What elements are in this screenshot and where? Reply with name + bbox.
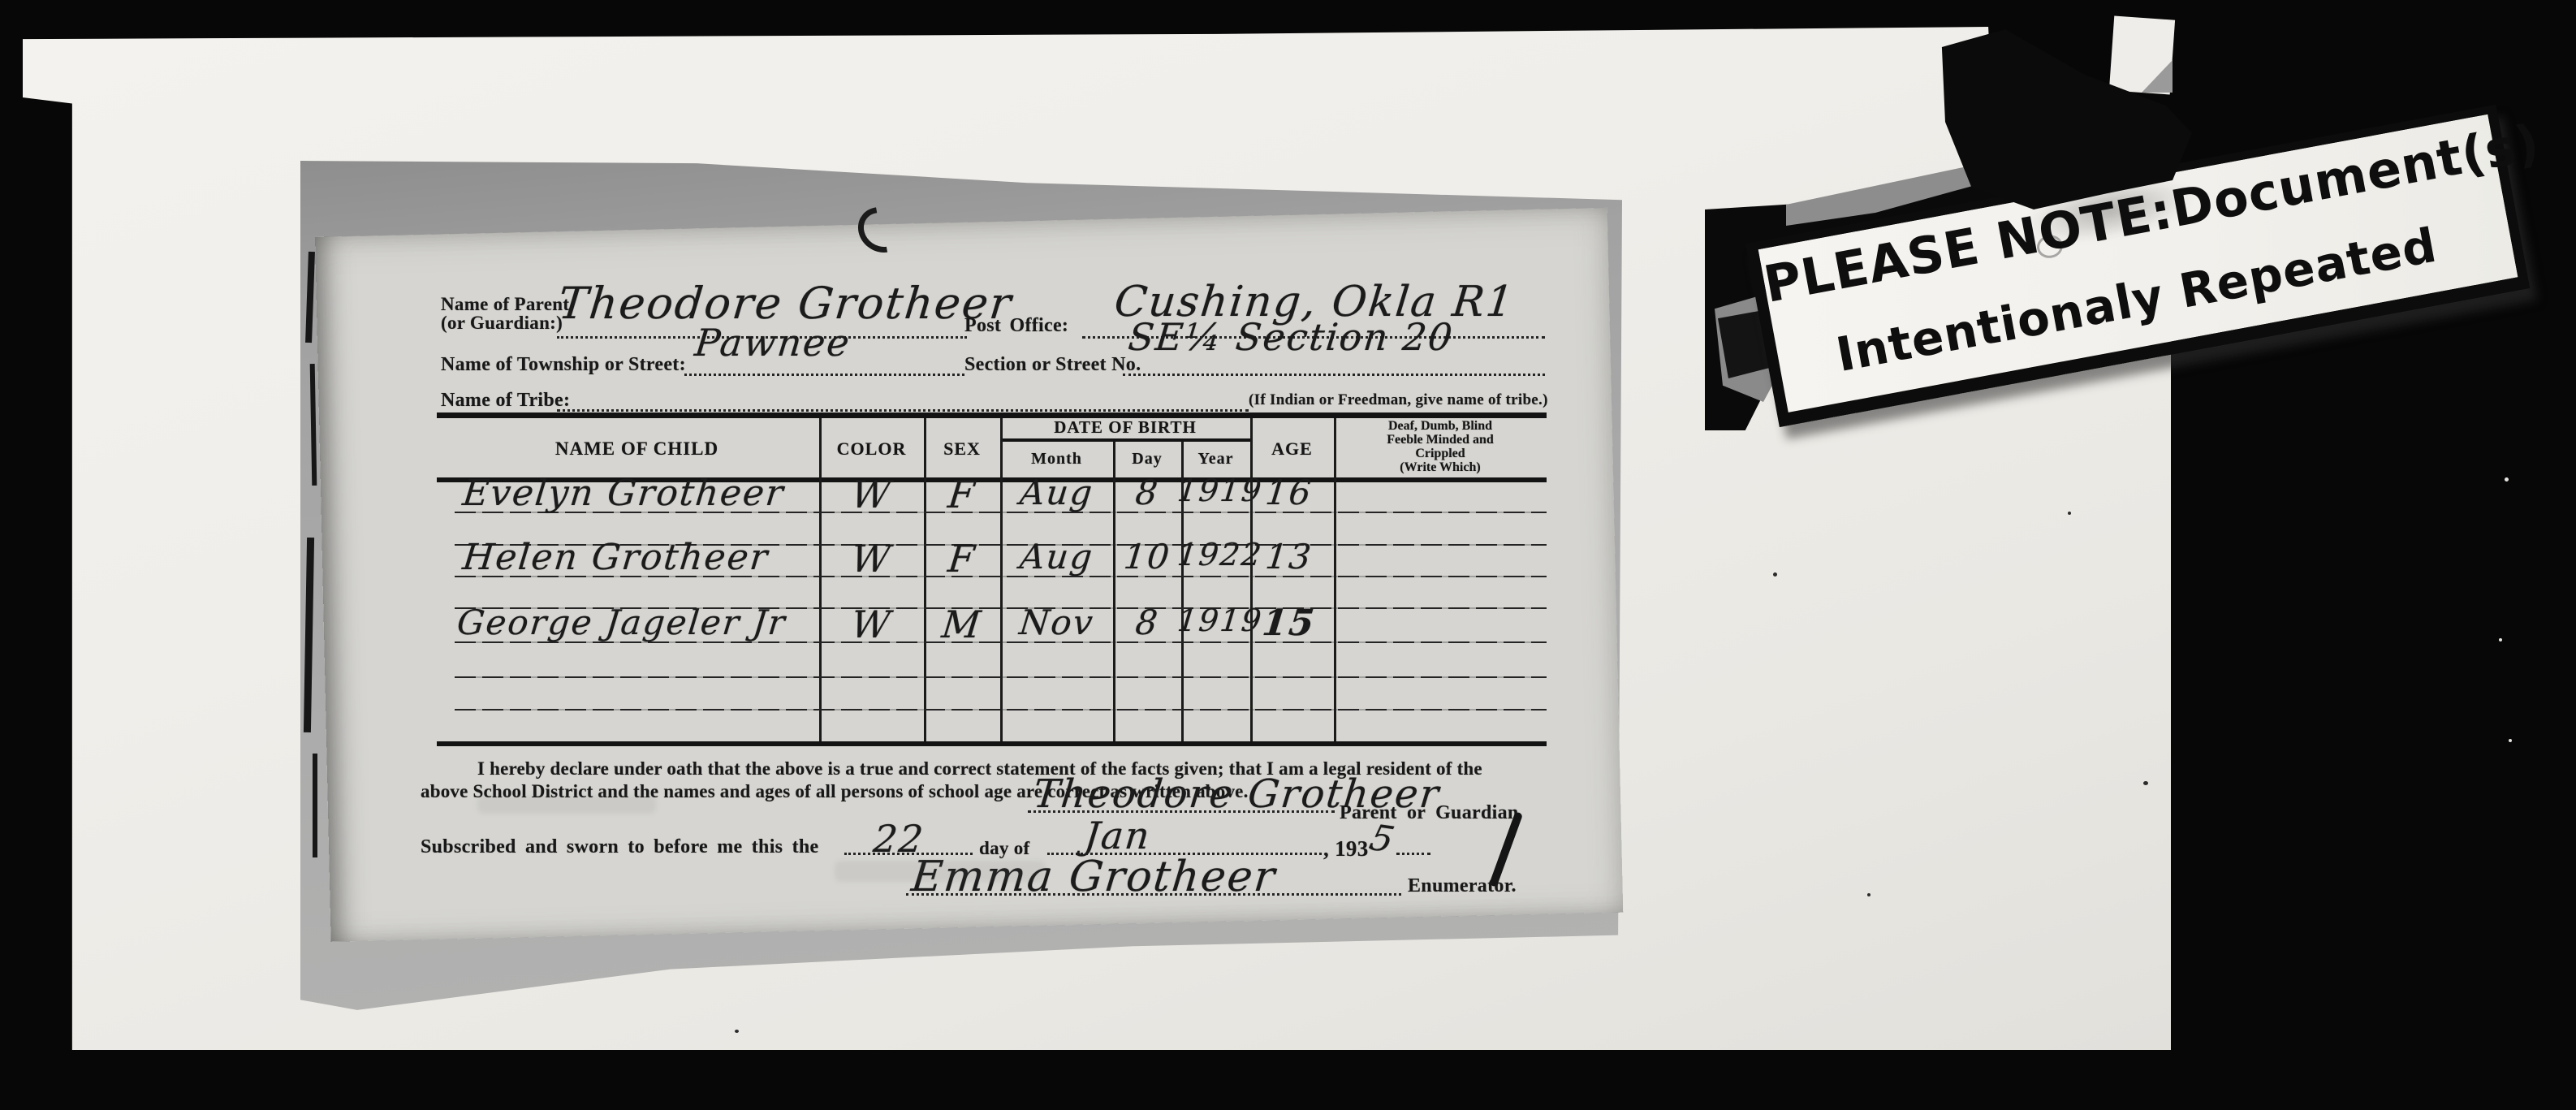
dotted-line	[1396, 853, 1430, 855]
child-color: W	[817, 603, 926, 646]
table-row: Evelyn Grotheer W F Aug 8 1919 16	[315, 473, 1607, 516]
header-disability-line: Feeble Minded and	[1334, 433, 1547, 447]
child-sex: F	[921, 537, 1003, 581]
dotted-line	[684, 374, 964, 376]
dob-divider-rule	[1000, 438, 1250, 442]
child-age: 13	[1248, 537, 1330, 581]
birth-day: 8	[1111, 473, 1184, 516]
child-color: W	[817, 473, 926, 516]
child-name: Evelyn Grotheer	[460, 473, 822, 516]
dust-speck	[735, 1030, 739, 1033]
table-row-line	[455, 709, 1547, 710]
dotted-line	[1123, 374, 1545, 376]
dotted-line	[906, 893, 1401, 896]
microfilm-scan-background: Name of Parent (or Guardian:) Theodore G…	[0, 0, 2576, 1110]
header-sex: SEX	[924, 438, 1000, 460]
township-label: Name of Township or Street:	[441, 354, 686, 376]
section-value: SE¼ Section 20	[1126, 315, 1456, 359]
child-sex: M	[921, 603, 1003, 646]
ink-bleed-ghost	[477, 796, 656, 814]
child-sex: F	[921, 473, 1003, 516]
parent-role-label: Parent or Guardian	[1340, 802, 1519, 824]
header-day: Day	[1113, 450, 1181, 469]
table-top-rule	[437, 412, 1547, 418]
table-row-line	[455, 676, 1547, 678]
header-color: COLOR	[819, 438, 924, 460]
township-value: Pawnee	[693, 321, 852, 365]
dust-speck	[2499, 638, 2502, 641]
sworn-month-value: Jan	[1082, 814, 1153, 857]
tribe-label: Name of Tribe:	[441, 390, 570, 412]
ink-bleed-ghost	[835, 861, 1046, 882]
tribe-hint: (If Indian or Freedman, give name of tri…	[1249, 391, 1548, 409]
header-disability: Deaf, Dumb, Blind Feeble Minded and Crip…	[1334, 419, 1547, 474]
post-office-label: Post Office:	[964, 315, 1068, 337]
header-name-of-child: NAME OF CHILD	[455, 438, 819, 460]
birth-month: Nov	[998, 603, 1115, 646]
header-disability-line: Deaf, Dumb, Blind	[1334, 419, 1547, 433]
enumerator-role-label: Enumerator.	[1408, 875, 1517, 897]
torn-left-edge	[313, 754, 317, 857]
dust-speck	[2068, 512, 2071, 515]
birth-month: Aug	[998, 537, 1115, 581]
child-age: 16	[1248, 473, 1330, 516]
child-name: George Jageler Jr	[455, 603, 825, 646]
child-color: W	[817, 537, 926, 581]
table-bottom-rule	[437, 741, 1547, 746]
dotted-line	[1028, 810, 1335, 813]
birth-month: Aug	[998, 473, 1115, 516]
census-form: Name of Parent (or Guardian:) Theodore G…	[315, 235, 1607, 944]
birth-year: 1922	[1175, 537, 1257, 581]
birth-year: 1919	[1175, 473, 1257, 516]
dust-speck	[2505, 477, 2509, 482]
birth-day: 10	[1111, 537, 1184, 581]
child-name: Helen Grotheer	[460, 537, 822, 581]
parent-label-line2: (or Guardian:)	[441, 313, 563, 334]
year-printed: , 193	[1323, 836, 1369, 862]
dust-speck	[2143, 781, 2148, 785]
table-row: Helen Grotheer W F Aug 10 1922 13	[315, 537, 1607, 581]
header-month: Month	[1000, 450, 1113, 469]
dotted-line	[557, 409, 1249, 412]
table-row: George Jageler Jr W M Nov 8 1919 15	[315, 603, 1607, 646]
header-date-of-birth: DATE OF BIRTH	[1000, 417, 1250, 438]
dust-speck	[1773, 572, 1777, 577]
birth-day: 8	[1111, 603, 1184, 646]
sworn-statement-label: Subscribed and sworn to before me this t…	[421, 836, 819, 858]
dust-speck	[2509, 739, 2512, 742]
dust-speck	[1867, 893, 1871, 896]
header-year: Year	[1181, 450, 1250, 469]
birth-year: 1919	[1175, 603, 1257, 646]
section-label: Section or Street No.	[964, 354, 1141, 376]
child-age: 15	[1248, 603, 1330, 646]
header-age: AGE	[1250, 438, 1334, 460]
header-disability-line: Crippled	[1334, 447, 1547, 460]
